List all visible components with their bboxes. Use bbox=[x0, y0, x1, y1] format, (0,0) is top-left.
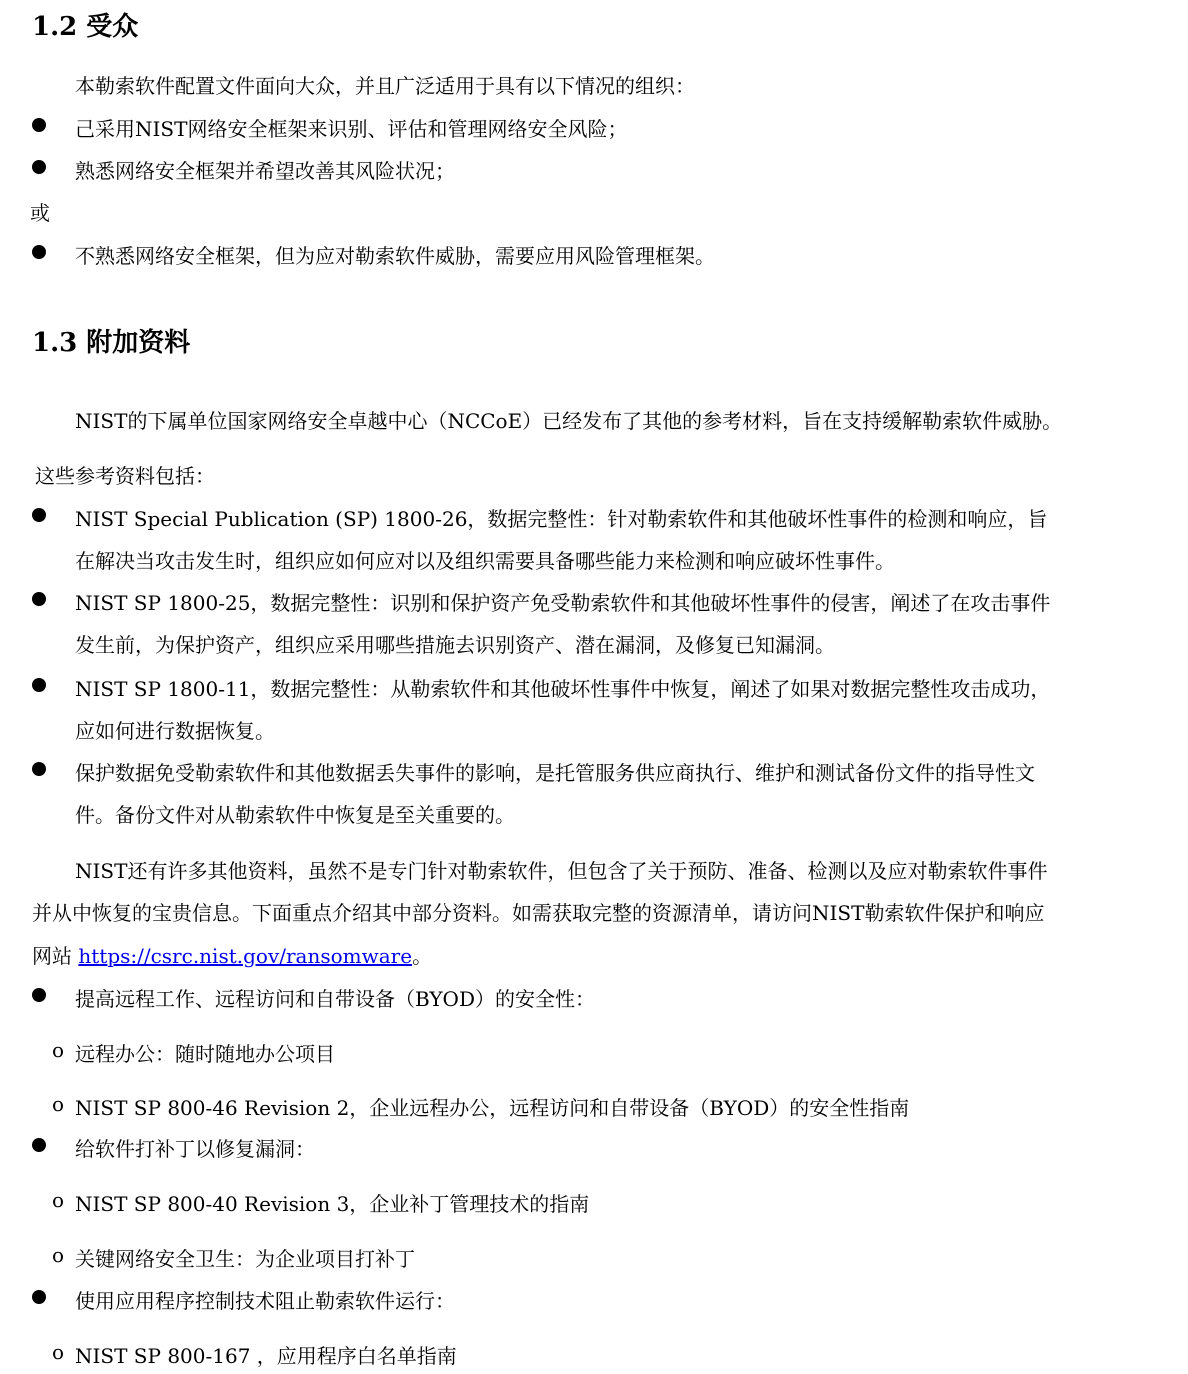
sub-marker-icon: o bbox=[52, 1243, 64, 1267]
list-item: 熟悉网络安全框架并希望改善其风险状况； bbox=[75, 155, 455, 184]
sub-marker-icon: o bbox=[52, 1188, 64, 1212]
more-suffix: 。 bbox=[412, 944, 432, 968]
more-paragraph-cont: 并从中恢复的宝贵信息。下面重点介绍其中部分资料。如需获取完整的资源清单，请访问N… bbox=[32, 897, 1044, 926]
sub-item: NIST SP 800-167 ，应用程序白名单指南 bbox=[75, 1340, 457, 1369]
topic-title: 给软件打补丁以修复漏洞： bbox=[75, 1133, 315, 1162]
topic-title: 使用应用程序控制技术阻止勒索软件运行： bbox=[75, 1285, 455, 1314]
bullet-icon bbox=[32, 245, 46, 259]
sub-item: 关键网络安全卫生：为企业项目打补丁 bbox=[75, 1243, 415, 1272]
list-item: 不熟悉网络安全框架，但为应对勒索软件威胁，需要应用风险管理框架。 bbox=[75, 240, 715, 269]
intro-paragraph: 本勒索软件配置文件面向大众，并且广泛适用于具有以下情况的组织： bbox=[75, 70, 695, 99]
bullet-icon bbox=[32, 592, 46, 606]
intro-paragraph: NIST的下属单位国家网络安全卓越中心（NCCoE）已经发布了其他的参考材料，旨… bbox=[75, 405, 1062, 434]
sub-item: NIST SP 800-40 Revision 3，企业补丁管理技术的指南 bbox=[75, 1188, 589, 1217]
sub-item: NIST SP 800-46 Revision 2，企业远程办公，远程访问和自带… bbox=[75, 1092, 909, 1121]
more-paragraph: NIST还有许多其他资料，虽然不是专门针对勒索软件，但包含了关于预防、准备、检测… bbox=[75, 855, 1047, 884]
heading-1-3: 1.3 附加资料 bbox=[32, 322, 190, 359]
reference-item: 保护数据免受勒索软件和其他数据丢失事件的影响，是托管服务供应商执行、维护和测试备… bbox=[75, 757, 1035, 786]
bullet-icon bbox=[32, 988, 46, 1002]
or-text: 或 bbox=[30, 197, 50, 226]
bullet-icon bbox=[32, 1138, 46, 1152]
heading-1-2: 1.2 受众 bbox=[32, 6, 138, 43]
bullet-icon bbox=[32, 762, 46, 776]
reference-item: NIST SP 1800-11，数据完整性：从勒索软件和其他破坏性事件中恢复，阐… bbox=[75, 673, 1050, 702]
includes-label: 这些参考资料包括： bbox=[35, 460, 215, 489]
ransomware-link[interactable]: https://csrc.nist.gov/ransomware bbox=[78, 944, 412, 968]
list-item: 己采用NIST网络安全框架来识别、评估和管理网络安全风险； bbox=[75, 113, 627, 142]
reference-item-cont: 件。备份文件对从勒索软件中恢复是至关重要的。 bbox=[75, 799, 515, 828]
bullet-icon bbox=[32, 508, 46, 522]
reference-item: NIST Special Publication (SP) 1800-26，数据… bbox=[75, 503, 1047, 532]
sub-item: 远程办公：随时随地办公项目 bbox=[75, 1038, 335, 1067]
more-paragraph-end: 网站 https://csrc.nist.gov/ransomware。 bbox=[32, 940, 432, 969]
sub-marker-icon: o bbox=[52, 1038, 64, 1062]
topic-title: 提高远程工作、远程访问和自带设备（BYOD）的安全性： bbox=[75, 983, 595, 1012]
sub-marker-icon: o bbox=[52, 1340, 64, 1364]
reference-item-cont: 发生前，为保护资产，组织应采用哪些措施去识别资产、潜在漏洞，及修复已知漏洞。 bbox=[75, 629, 835, 658]
bullet-icon bbox=[32, 678, 46, 692]
reference-item-cont: 在解决当攻击发生时，组织应如何应对以及组织需要具备哪些能力来检测和响应破坏性事件… bbox=[75, 545, 895, 574]
bullet-icon bbox=[32, 1290, 46, 1304]
bullet-icon bbox=[32, 118, 46, 132]
sub-marker-icon: o bbox=[52, 1092, 64, 1116]
reference-item-cont: 应如何进行数据恢复。 bbox=[75, 715, 275, 744]
more-prefix: 网站 bbox=[32, 944, 78, 968]
reference-item: NIST SP 1800-25，数据完整性：识别和保护资产免受勒索软件和其他破坏… bbox=[75, 587, 1050, 616]
bullet-icon bbox=[32, 160, 46, 174]
